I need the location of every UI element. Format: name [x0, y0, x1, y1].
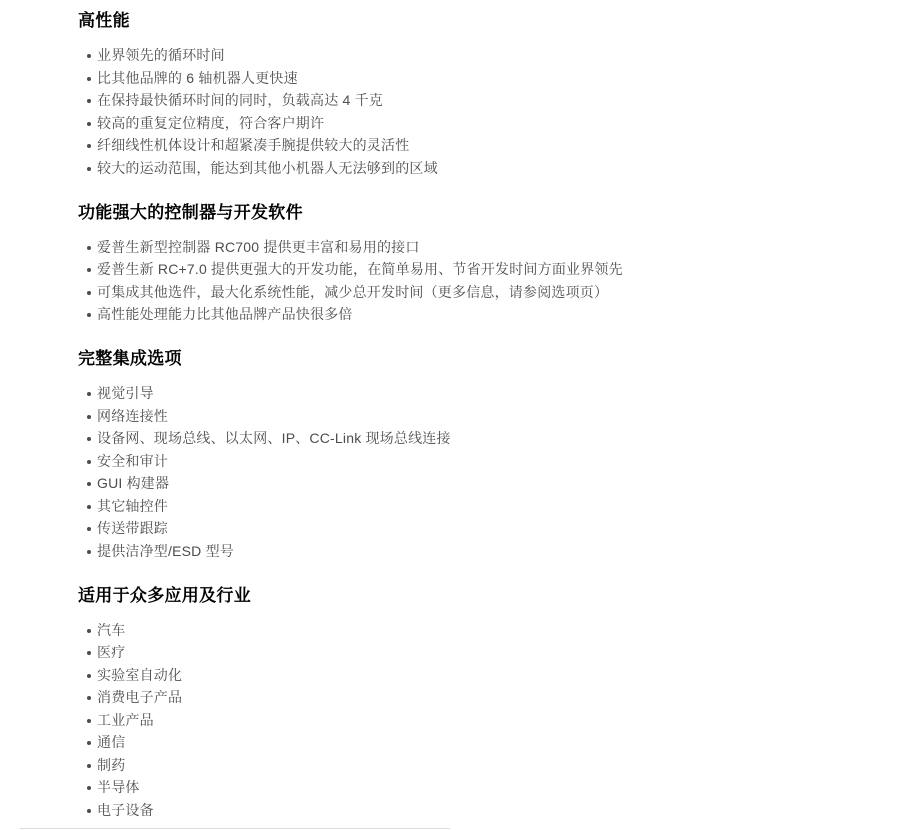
list-item: 实验室自动化: [78, 666, 860, 685]
bottom-divider: [20, 828, 450, 829]
list-item-text: 消费电子产品: [97, 688, 182, 707]
list-item-text: 工业产品: [97, 711, 154, 730]
list-item: 制药: [78, 756, 860, 775]
list-item: 半导体: [78, 778, 860, 797]
list-item: 可集成其他选件，最大化系统性能，减少总开发时间（更多信息，请参阅选项页）: [78, 283, 860, 302]
product-features-page: 高性能 业界领先的循环时间比其他品牌的 6 轴机器人更快速在保持最快循环时间的同…: [0, 0, 900, 820]
list-item: 较大的运动范围，能达到其他小机器人无法够到的区域: [78, 159, 860, 178]
bullet-icon: [87, 674, 91, 678]
list-item-text: 纤细线性机体设计和超紧凑手腕提供较大的灵活性: [97, 136, 409, 155]
list-item-text: 比其他品牌的 6 轴机器人更快速: [97, 69, 298, 88]
list-item-text: 制药: [97, 756, 125, 775]
list-item-text: 视觉引导: [97, 384, 154, 403]
bullet-icon: [87, 77, 91, 81]
list-item-text: 业界领先的循环时间: [97, 46, 225, 65]
list-item-text: 可集成其他选件，最大化系统性能，减少总开发时间（更多信息，请参阅选项页）: [97, 283, 608, 302]
bullet-icon: [87, 54, 91, 58]
bullet-icon: [87, 764, 91, 768]
bullet-icon: [87, 460, 91, 464]
list-item-text: 医疗: [97, 643, 125, 662]
bullet-icon: [87, 99, 91, 103]
bullet-icon: [87, 505, 91, 509]
list-item: 医疗: [78, 643, 860, 662]
bullet-icon: [87, 291, 91, 295]
bullet-icon: [87, 482, 91, 486]
list-item: GUI 构建器: [78, 474, 860, 493]
bullet-icon: [87, 144, 91, 148]
list-item-text: 汽车: [97, 621, 125, 640]
list-item: 视觉引导: [78, 384, 860, 403]
list-item-text: GUI 构建器: [97, 474, 169, 493]
bullet-icon: [87, 246, 91, 250]
bullet-icon: [87, 313, 91, 317]
section-controller-software: 功能强大的控制器与开发软件 爱普生新型控制器 RC700 提供更丰富和易用的接口…: [78, 202, 860, 325]
list-item-text: 安全和审计: [97, 452, 168, 471]
feature-list: 汽车医疗实验室自动化消费电子产品工业产品通信制药半导体电子设备: [78, 621, 860, 820]
list-item-text: 通信: [97, 733, 125, 752]
list-item-text: 爱普生新 RC+7.0 提供更强大的开发功能，在简单易用、节省开发时间方面业界领…: [97, 260, 623, 279]
feature-list: 视觉引导网络连接性设备网、现场总线、以太网、IP、CC-Link 现场总线连接安…: [78, 384, 860, 561]
list-item: 安全和审计: [78, 452, 860, 471]
list-item: 在保持最快循环时间的同时，负载高达 4 千克: [78, 91, 860, 110]
section-heading: 完整集成选项: [78, 348, 860, 370]
list-item: 业界领先的循环时间: [78, 46, 860, 65]
bullet-icon: [87, 786, 91, 790]
list-item: 消费电子产品: [78, 688, 860, 707]
feature-list: 业界领先的循环时间比其他品牌的 6 轴机器人更快速在保持最快循环时间的同时，负载…: [78, 46, 860, 178]
list-item: 通信: [78, 733, 860, 752]
bullet-icon: [87, 651, 91, 655]
list-item: 电子设备: [78, 801, 860, 820]
bullet-icon: [87, 122, 91, 126]
list-item: 爱普生新 RC+7.0 提供更强大的开发功能，在简单易用、节省开发时间方面业界领…: [78, 260, 860, 279]
feature-list: 爱普生新型控制器 RC700 提供更丰富和易用的接口爱普生新 RC+7.0 提供…: [78, 238, 860, 325]
list-item: 比其他品牌的 6 轴机器人更快速: [78, 69, 860, 88]
bullet-icon: [87, 550, 91, 554]
bullet-icon: [87, 268, 91, 272]
list-item-text: 实验室自动化: [97, 666, 182, 685]
bullet-icon: [87, 696, 91, 700]
list-item-text: 电子设备: [97, 801, 154, 820]
list-item-text: 半导体: [97, 778, 140, 797]
section-high-performance: 高性能 业界领先的循环时间比其他品牌的 6 轴机器人更快速在保持最快循环时间的同…: [78, 10, 860, 178]
list-item-text: 在保持最快循环时间的同时，负载高达 4 千克: [97, 91, 383, 110]
list-item-text: 设备网、现场总线、以太网、IP、CC-Link 现场总线连接: [97, 429, 451, 448]
list-item-text: 高性能处理能力比其他品牌产品快很多倍: [97, 305, 353, 324]
bullet-icon: [87, 392, 91, 396]
list-item-text: 较大的运动范围，能达到其他小机器人无法够到的区域: [97, 159, 438, 178]
bullet-icon: [87, 437, 91, 441]
bullet-icon: [87, 719, 91, 723]
list-item: 汽车: [78, 621, 860, 640]
list-item: 爱普生新型控制器 RC700 提供更丰富和易用的接口: [78, 238, 860, 257]
list-item: 较高的重复定位精度，符合客户期许: [78, 114, 860, 133]
bullet-icon: [87, 415, 91, 419]
list-item-text: 网络连接性: [97, 407, 168, 426]
list-item: 设备网、现场总线、以太网、IP、CC-Link 现场总线连接: [78, 429, 860, 448]
list-item-text: 传送带跟踪: [97, 519, 168, 538]
list-item-text: 提供洁净型/ESD 型号: [97, 542, 234, 561]
list-item: 提供洁净型/ESD 型号: [78, 542, 860, 561]
list-item: 工业产品: [78, 711, 860, 730]
section-applications-industries: 适用于众多应用及行业 汽车医疗实验室自动化消费电子产品工业产品通信制药半导体电子…: [78, 585, 860, 820]
bullet-icon: [87, 527, 91, 531]
list-item-text: 爱普生新型控制器 RC700 提供更丰富和易用的接口: [97, 238, 420, 257]
list-item: 高性能处理能力比其他品牌产品快很多倍: [78, 305, 860, 324]
list-item: 网络连接性: [78, 407, 860, 426]
list-item-text: 较高的重复定位精度，符合客户期许: [97, 114, 324, 133]
bullet-icon: [87, 629, 91, 633]
bullet-icon: [87, 741, 91, 745]
list-item: 纤细线性机体设计和超紧凑手腕提供较大的灵活性: [78, 136, 860, 155]
section-heading: 功能强大的控制器与开发软件: [78, 202, 860, 224]
bullet-icon: [87, 809, 91, 813]
bullet-icon: [87, 167, 91, 171]
section-integration-options: 完整集成选项 视觉引导网络连接性设备网、现场总线、以太网、IP、CC-Link …: [78, 348, 860, 561]
list-item-text: 其它轴控件: [97, 497, 168, 516]
section-heading: 适用于众多应用及行业: [78, 585, 860, 607]
section-heading: 高性能: [78, 10, 860, 32]
list-item: 其它轴控件: [78, 497, 860, 516]
list-item: 传送带跟踪: [78, 519, 860, 538]
